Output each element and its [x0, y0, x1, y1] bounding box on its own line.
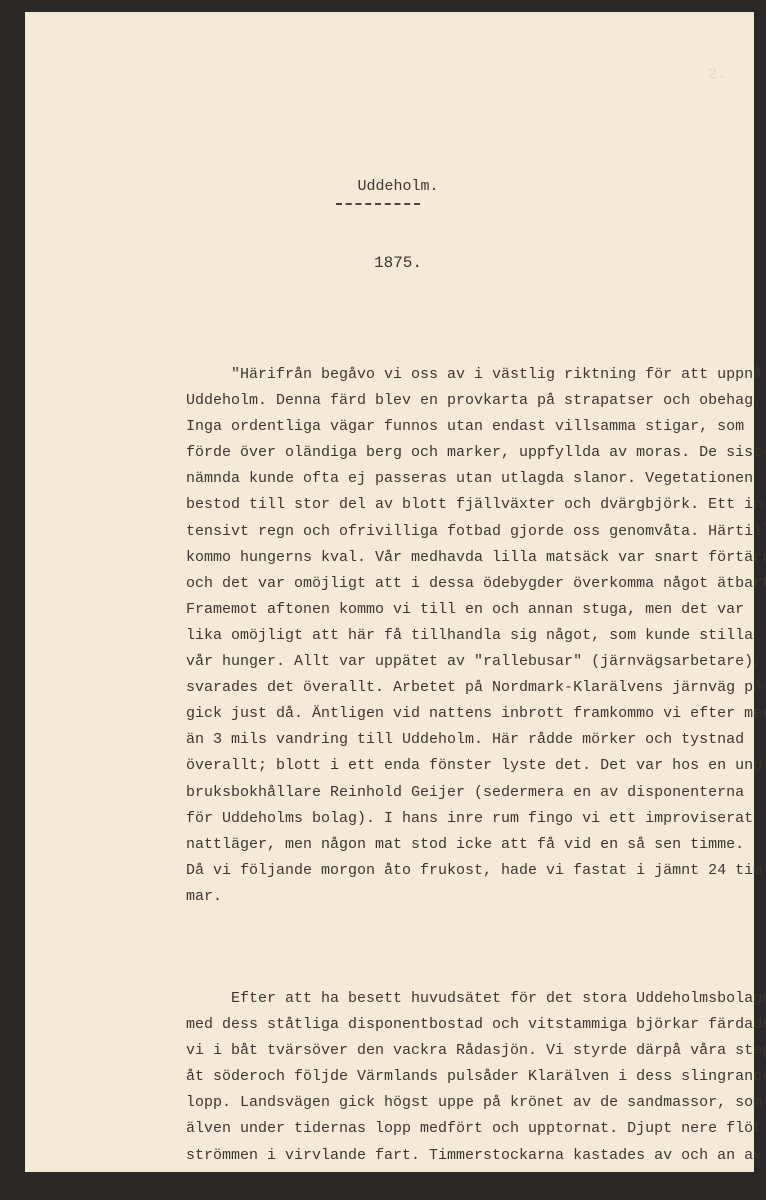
year-heading: 1875. — [25, 254, 754, 272]
text-line: bruksbokhållare Reinhold Geijer (sederme… — [186, 780, 746, 806]
text-line: lika omöjligt att här få tillhandla sig … — [186, 623, 746, 649]
body-text: "Härifrån begåvo vi oss av i västlig rik… — [186, 328, 746, 1200]
page-title: Uddeholm. — [25, 178, 754, 195]
text-line: och det var omöjligt att i dessa ödebygd… — [186, 571, 746, 597]
text-line: än 3 mils vandring till Uddeholm. Här rå… — [186, 727, 746, 753]
paragraph-gap — [186, 944, 746, 952]
text-line: nattläger, men någon mat stod icke att f… — [186, 832, 746, 858]
text-line: vår hunger. Allt var uppätet av "rallebu… — [186, 649, 746, 675]
text-line: "Härifrån begåvo vi oss av i västlig rik… — [186, 362, 746, 388]
text-line: nämnda kunde ofta ej passeras utan utlag… — [186, 466, 746, 492]
text-line: gick just då. Äntligen vid nattens inbro… — [186, 701, 746, 727]
text-line: Då vi följande morgon åto frukost, hade … — [186, 858, 746, 884]
text-line: förde över oländiga berg och marker, upp… — [186, 440, 746, 466]
text-line: älven under tidernas lopp medfört och up… — [186, 1116, 746, 1142]
text-line: med dess ståtliga disponentbostad och vi… — [186, 1012, 746, 1038]
paragraph-1: "Härifrån begåvo vi oss av i västlig rik… — [186, 362, 746, 910]
text-line: för Uddeholms bolag). I hans inre rum fi… — [186, 806, 746, 832]
text-line: lopp. Landsvägen gick högst uppe på krön… — [186, 1090, 746, 1116]
text-line: Inga ordentliga vägar funnos utan endast… — [186, 414, 746, 440]
text-line: mar. — [186, 884, 746, 910]
text-line: Framemot aftonen kommo vi till en och an… — [186, 597, 746, 623]
paragraph-2: Efter att ha besett huvudsätet för det s… — [186, 986, 746, 1169]
text-line: kommo hungerns kval. Vår medhavda lilla … — [186, 545, 746, 571]
text-line: bestod till stor del av blott fjällväxte… — [186, 492, 746, 518]
text-line: svarades det överallt. Arbetet på Nordma… — [186, 675, 746, 701]
typewritten-page: 2. Uddeholm. 1875. "Härifrån begåvo vi o… — [25, 12, 754, 1172]
page-number-bleed-through: 2. — [708, 66, 726, 83]
text-line: åt söderoch följde Värmlands pulsåder Kl… — [186, 1064, 746, 1090]
title-underline — [336, 203, 420, 205]
text-line: Efter att ha besett huvudsätet för det s… — [186, 986, 746, 1012]
text-line: tensivt regn och ofrivilliga fotbad gjor… — [186, 519, 746, 545]
text-line: överallt; blott i ett enda fönster lyste… — [186, 753, 746, 779]
text-line: strömmen i virvlande fart. Timmerstockar… — [186, 1143, 746, 1169]
text-line: Uddeholm. Denna färd blev en provkarta p… — [186, 388, 746, 414]
text-line: vi i båt tvärsöver den vackra Rådasjön. … — [186, 1038, 746, 1064]
